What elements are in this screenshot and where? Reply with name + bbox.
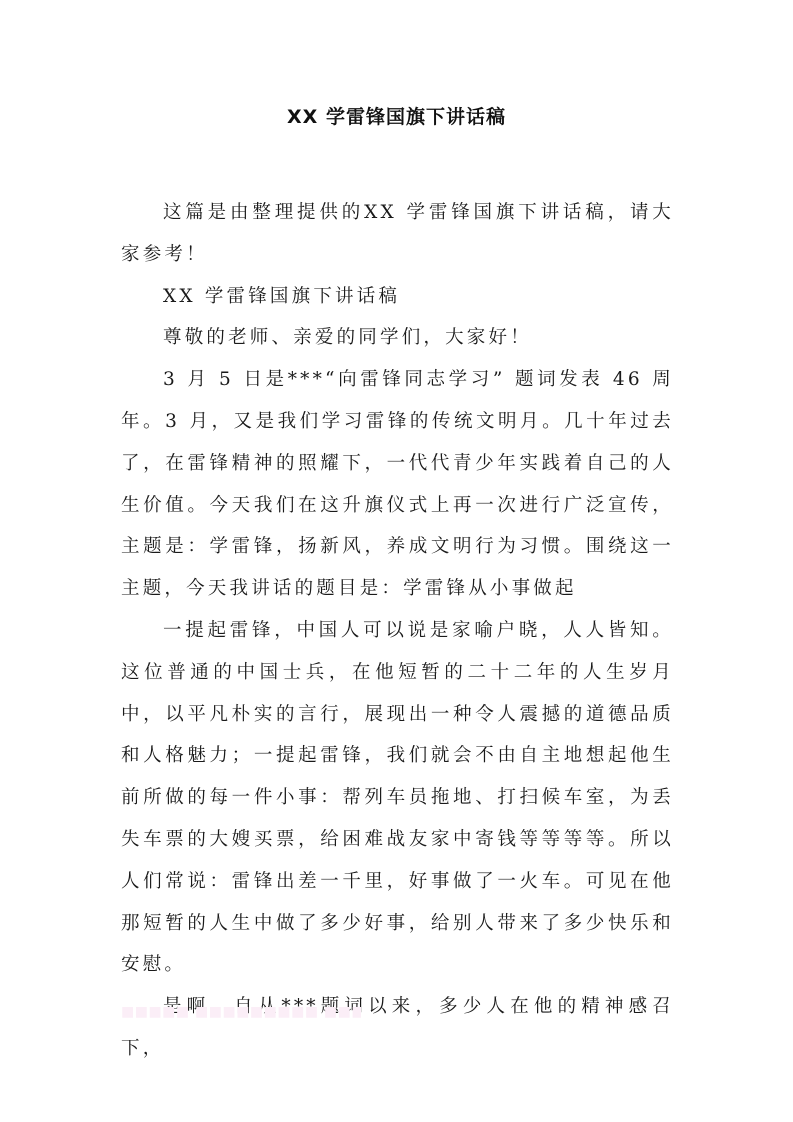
document-body: 这篇是由整理提供的XX 学雷锋国旗下讲话稿，请大家参考！ XX 学雷锋国旗下讲话… <box>121 192 674 1070</box>
faint-watermark: ■■■■■ ■■■■■■■■■ ■■■■ ■■■■■■■ ■■ <box>121 1003 361 1021</box>
paragraph-since-inscription: 是啊，自从***题词以来，多少人在他的精神感召下， <box>121 986 674 1070</box>
document-page: XX 学雷锋国旗下讲话稿 这篇是由整理提供的XX 学雷锋国旗下讲话稿，请大家参考… <box>0 0 793 1122</box>
paragraph-leifeng-story: 一提起雷锋，中国人可以说是家喻户晓，人人皆知。这位普通的中国士兵，在他短暂的二十… <box>121 610 674 986</box>
paragraph-greeting: 尊敬的老师、亲爱的同学们，大家好！ <box>121 317 674 359</box>
paragraph-subtitle: XX 学雷锋国旗下讲话稿 <box>121 276 674 318</box>
paragraph-intro: 这篇是由整理提供的XX 学雷锋国旗下讲话稿，请大家参考！ <box>121 192 674 276</box>
document-title: XX 学雷锋国旗下讲话稿 <box>0 102 793 129</box>
paragraph-march-5: 3 月 5 日是***“向雷锋同志学习” 题词发表 46 周年。3 月，又是我们… <box>121 359 674 610</box>
